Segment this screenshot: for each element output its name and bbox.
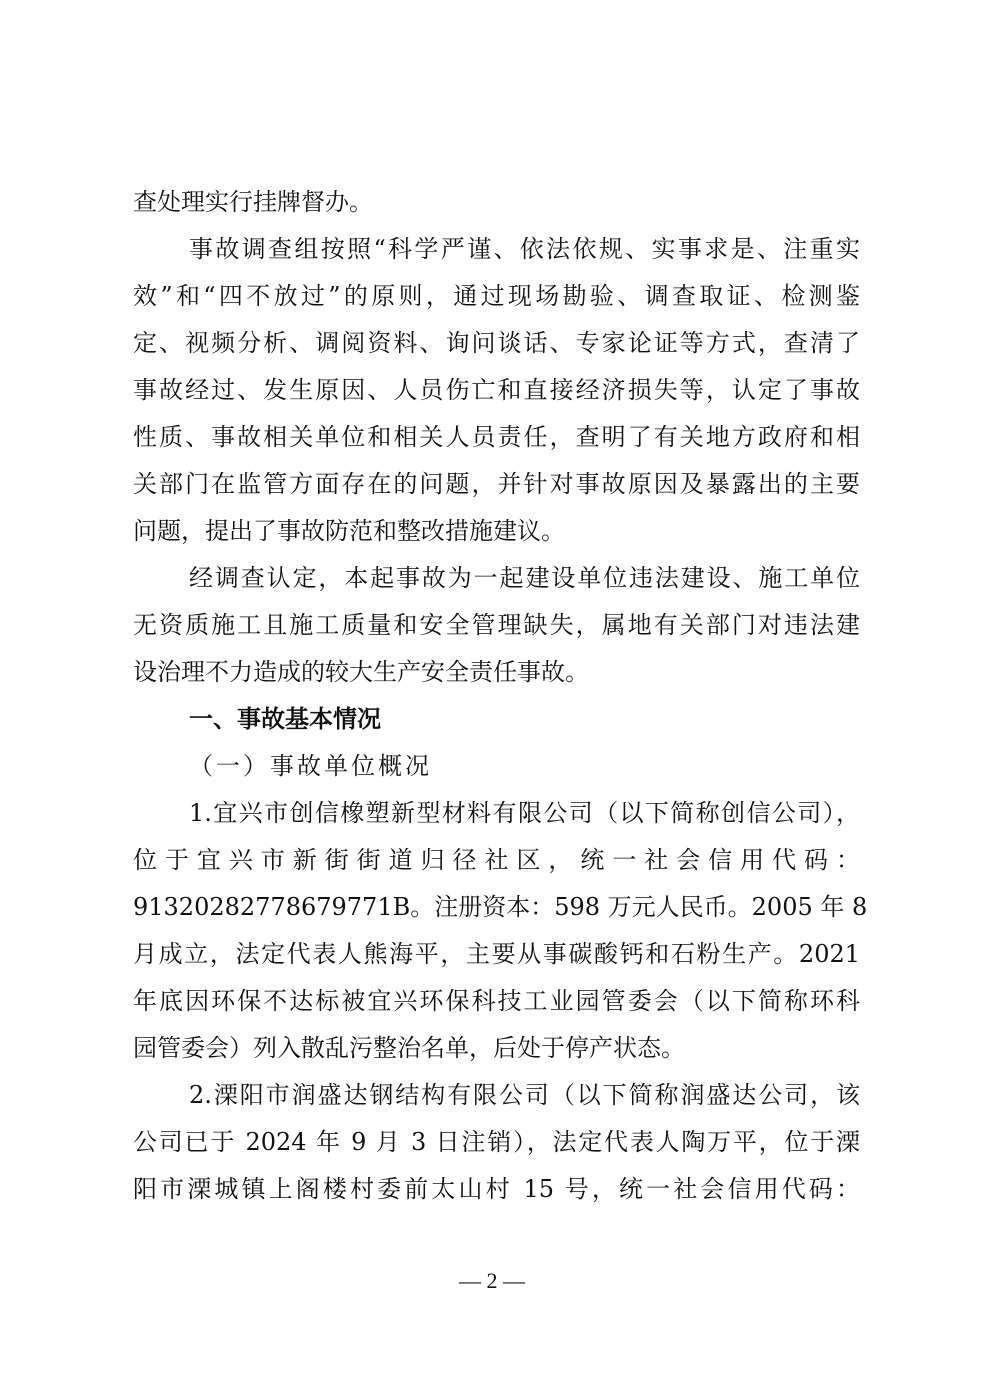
document-page: 查处理实行挂牌督办。事故调查组按照“科学严谨、依法依规、实事求是、注重实效”和“…: [0, 0, 984, 1391]
text-line: 事故调查组按照“科学严谨、依法依规、实事求是、注重实: [189, 234, 860, 264]
text-line: 园管委会）列入散乱污整治名单，后处于停产状态。: [133, 1033, 860, 1063]
text-line: 效”和“四不放过”的原则，通过现场勘验、调查取证、检测鉴: [133, 281, 860, 311]
text-line: 年底因环保不达标被宜兴环保科技工业园管委会（以下简称环科: [133, 986, 860, 1016]
page-number: — 2 —: [0, 1268, 984, 1294]
text-line: 问题，提出了事故防范和整改措施建议。: [133, 516, 860, 546]
text-line: 性质、事故相关单位和相关人员责任，查明了有关地方政府和相: [133, 422, 860, 452]
text-line: 月成立，法定代表人熊海平，主要从事碳酸钙和石粉生产。2021: [133, 939, 860, 969]
subsection-heading: （一）事故单位概况: [189, 751, 589, 781]
text-line: 经调查认定，本起事故为一起建设单位违法建设、施工单位: [189, 563, 860, 593]
text-line: 无资质施工且施工质量和安全管理缺失，属地有关部门对违法建: [133, 610, 860, 640]
text-line: 定、视频分析、调阅资料、询问谈话、专家论证等方式，查清了: [133, 328, 860, 358]
text-line: 91320282778679771B。注册资本：598 万元人民币。2005 年…: [133, 892, 860, 922]
text-line: 1.宜兴市创信橡塑新型材料有限公司（以下简称创信公司），: [189, 798, 860, 828]
text-line: 公司已于 2024 年 9 月 3 日注销），法定代表人陶万平，位于溧: [133, 1127, 860, 1157]
text-line: 阳市溧城镇上阁楼村委前太山村 15 号，统一社会信用代码：: [133, 1174, 860, 1204]
text-line: 设治理不力造成的较大生产安全责任事故。: [133, 657, 860, 687]
text-line: 位于宜兴市新街街道归径社区，统一社会信用代码：: [133, 845, 860, 875]
text-line: 关部门在监管方面存在的问题，并针对事故原因及暴露出的主要: [133, 469, 860, 499]
text-line: 2.溧阳市润盛达钢结构有限公司（以下简称润盛达公司，该: [189, 1080, 860, 1110]
text-line: 查处理实行挂牌督办。: [133, 187, 860, 217]
section-heading: 一、事故基本情况: [189, 704, 589, 734]
text-line: 事故经过、发生原因、人员伤亡和直接经济损失等，认定了事故: [133, 375, 860, 405]
